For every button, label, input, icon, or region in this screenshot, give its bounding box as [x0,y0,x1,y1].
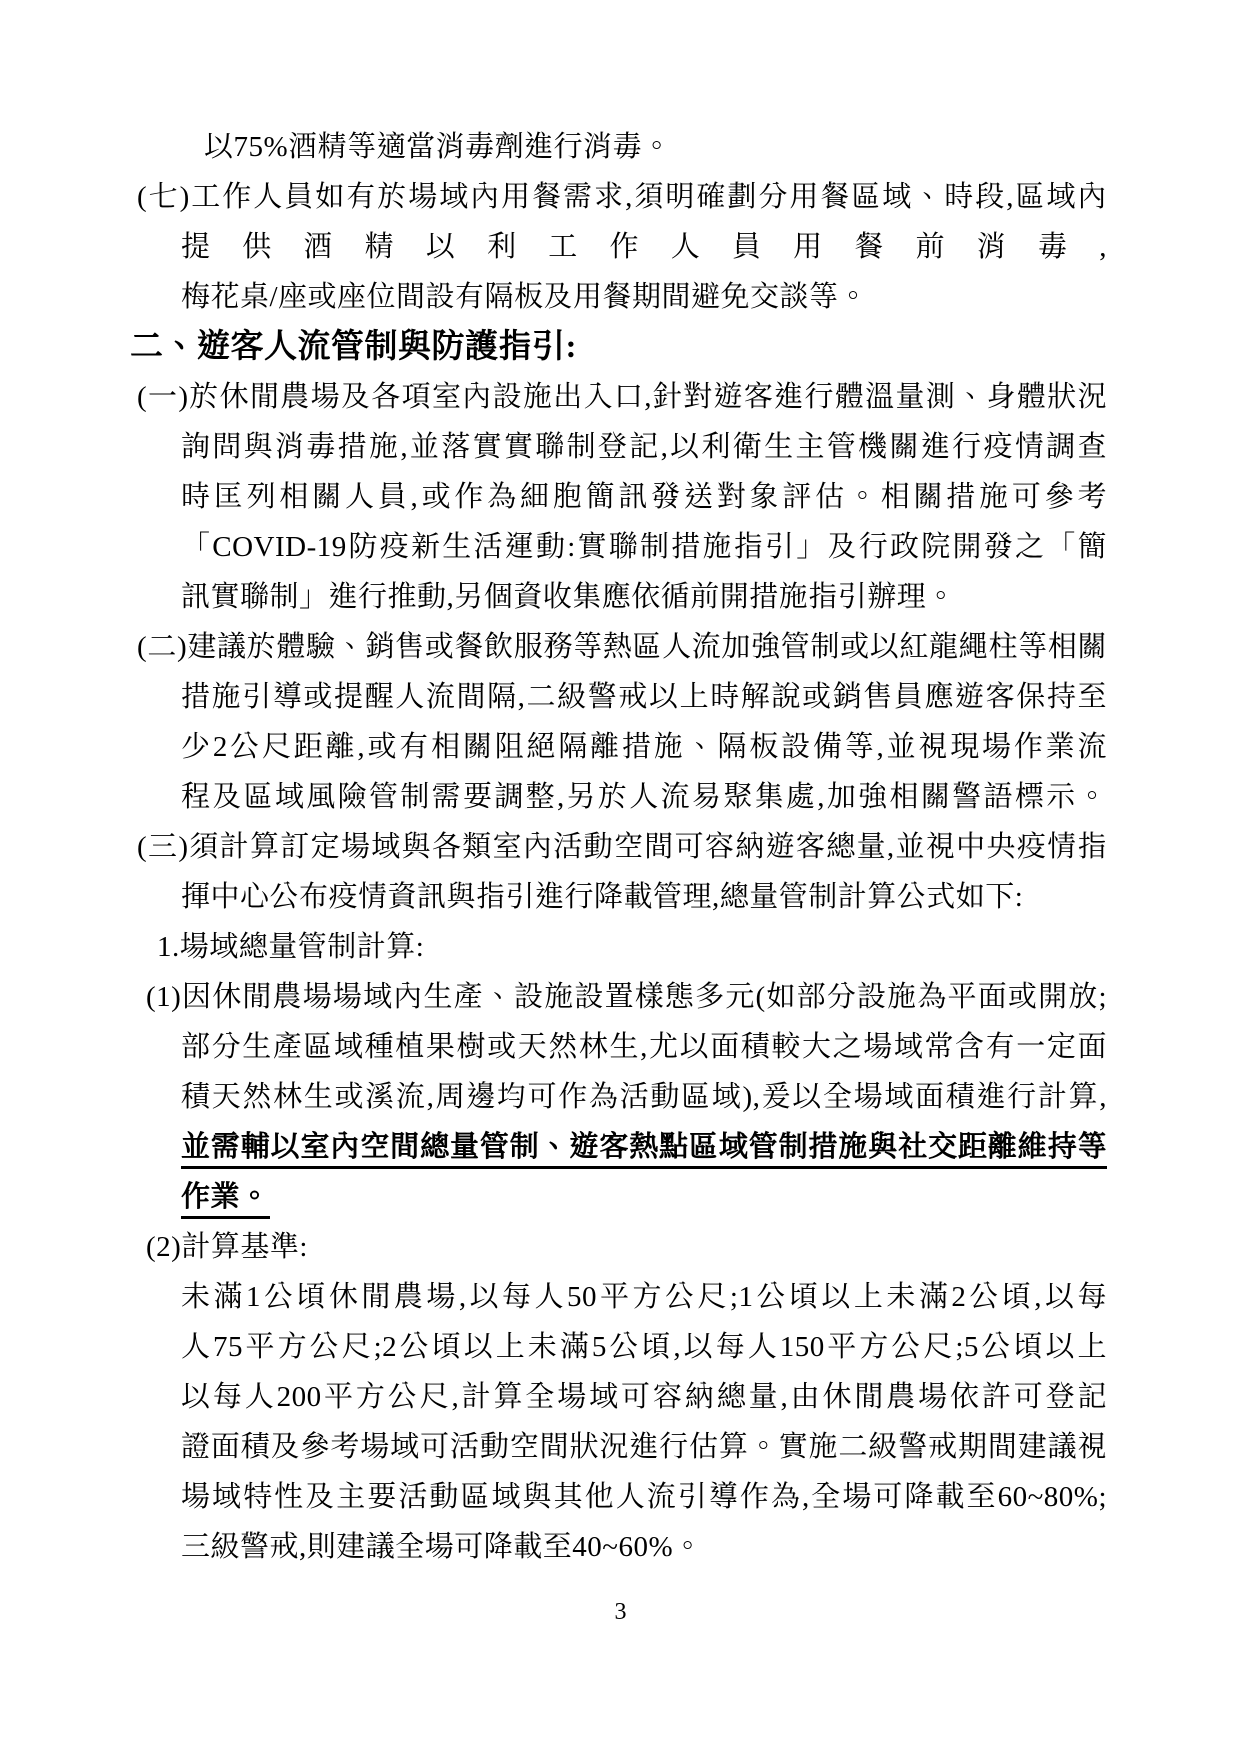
document-line: 積天然林生或溪流,周邊均可作為活動區域),爰以全場域面積進行計算, [181,1072,1107,1122]
line-text: 揮中心公布疫情資訊與指引進行降載管理,總量管制計算公式如下: [181,881,1023,913]
line-text: 程及區域風險管制需要調整,另於人流易聚集處,加強相關警語標示。 [181,781,1107,813]
line-text: 梅花桌/座或座位間設有隔板及用餐期間避免交談等。 [181,281,868,313]
document-line: 1.場域總量管制計算: [157,922,1107,972]
line-text: (二)建議於體驗、銷售或餐飲服務等熱區人流加強管制或以紅龍繩柱等相關 [137,631,1107,663]
document-line: 梅花桌/座或座位間設有隔板及用餐期間避免交談等。 [181,272,1107,322]
line-text: (2)計算基準: [146,1231,308,1263]
document-line: (二)建議於體驗、銷售或餐飲服務等熱區人流加強管制或以紅龍繩柱等相關 [137,622,1107,672]
document-line: 作業。 [181,1172,1107,1222]
document-line: 三級警戒,則建議全場可降載至40~60%。 [181,1522,1107,1572]
document-line: 詢問與消毒措施,並落實實聯制登記,以利衛生主管機關進行疫情調查 [181,422,1107,472]
line-text: 提供酒精以利工作人員用餐前消毒,並建議餐桌可保持1.5公尺以上間距、 [181,231,1107,272]
document-line: (三)須計算訂定場域與各類室內活動空間可容納遊客總量,並視中央疫情指 [137,822,1107,872]
document-line: 並需輔以室內空間總量管制、遊客熱點區域管制措施與社交距離維持等 [181,1122,1107,1172]
line-text: 1.場域總量管制計算: [157,931,424,963]
line-text: 三級警戒,則建議全場可降載至40~60%。 [181,1531,703,1563]
document-line: (2)計算基準: [146,1222,1107,1272]
line-text: 以75%酒精等適當消毒劑進行消毒。 [204,131,672,163]
document-line: 少2公尺距離,或有相關阻絕隔離措施、隔板設備等,並視現場作業流 [181,722,1107,772]
document-line: 部分生產區域種植果樹或天然林生,尤以面積較大之場域常含有一定面 [181,1022,1107,1072]
document-line: 場域特性及主要活動區域與其他人流引導作為,全場可降載至60~80%; [181,1472,1107,1522]
document-line: 人75平方公尺;2公頃以上未滿5公頃,以每人150平方公尺;5公頃以上 [181,1322,1107,1372]
line-text: (三)須計算訂定場域與各類室內活動空間可容納遊客總量,並視中央疫情指 [137,831,1107,863]
document-line: 措施引導或提醒人流間隔,二級警戒以上時解說或銷售員應遊客保持至 [181,672,1107,722]
line-text: 作業。 [181,1181,270,1219]
line-text: 未滿1公頃休閒農場,以每人50平方公尺;1公頃以上未滿2公頃,以每 [181,1281,1107,1313]
section-heading: 二、遊客人流管制與防護指引: [130,322,1107,372]
line-text: (一)於休閒農場及各項室內設施出入口,針對遊客進行體溫量測、身體狀況 [137,381,1107,413]
document-line: 未滿1公頃休閒農場,以每人50平方公尺;1公頃以上未滿2公頃,以每 [181,1272,1107,1322]
line-text: 證面積及參考場域可活動空間狀況進行估算。實施二級警戒期間建議視 [181,1431,1107,1463]
document-line: 「COVID-19防疫新生活運動:實聯制措施指引」及行政院開發之「簡 [181,522,1107,572]
document-line: 時匡列相關人員,或作為細胞簡訊發送對象評估。相關措施可參考 [181,472,1107,522]
line-text: 二、遊客人流管制與防護指引: [130,329,577,365]
line-text: 少2公尺距離,或有相關阻絕隔離措施、隔板設備等,並視現場作業流 [181,731,1107,763]
line-text: 時匡列相關人員,或作為細胞簡訊發送對象評估。相關措施可參考 [181,481,1107,513]
document-page: 以75%酒精等適當消毒劑進行消毒。(七)工作人員如有於場域內用餐需求,須明確劃分… [0,0,1241,1755]
line-text: 人75平方公尺;2公頃以上未滿5公頃,以每人150平方公尺;5公頃以上 [181,1331,1107,1363]
page-number: 3 [0,1597,1241,1627]
document-line: (1)因休閒農場場域內生產、設施設置樣態多元(如部分設施為平面或開放; [146,972,1107,1022]
document-line: 提供酒精以利工作人員用餐前消毒,並建議餐桌可保持1.5公尺以上間距、 [181,222,1107,272]
document-line: 以每人200平方公尺,計算全場域可容納總量,由休閒農場依許可登記 [181,1372,1107,1422]
document-line: 程及區域風險管制需要調整,另於人流易聚集處,加強相關警語標示。 [181,772,1107,822]
line-text: (1)因休閒農場場域內生產、設施設置樣態多元(如部分設施為平面或開放; [146,981,1107,1013]
line-text: 場域特性及主要活動區域與其他人流引導作為,全場可降載至60~80%; [181,1481,1107,1513]
document-line: 以75%酒精等適當消毒劑進行消毒。 [204,122,1107,172]
line-text: 並需輔以室內空間總量管制、遊客熱點區域管制措施與社交距離維持等 [181,1131,1107,1169]
document-line: (一)於休閒農場及各項室內設施出入口,針對遊客進行體溫量測、身體狀況 [137,372,1107,422]
line-text: 訊實聯制」進行推動,另個資收集應依循前開措施指引辦理。 [181,581,956,613]
document-line: 揮中心公布疫情資訊與指引進行降載管理,總量管制計算公式如下: [181,872,1107,922]
document-line: 證面積及參考場域可活動空間狀況進行估算。實施二級警戒期間建議視 [181,1422,1107,1472]
line-text: 措施引導或提醒人流間隔,二級警戒以上時解說或銷售員應遊客保持至 [181,681,1107,713]
document-line: 訊實聯制」進行推動,另個資收集應依循前開措施指引辦理。 [181,572,1107,622]
line-text: 以每人200平方公尺,計算全場域可容納總量,由休閒農場依許可登記 [181,1381,1107,1413]
line-text: 「COVID-19防疫新生活運動:實聯制措施指引」及行政院開發之「簡 [181,531,1107,563]
line-text: (七)工作人員如有於場域內用餐需求,須明確劃分用餐區域、時段,區域內 [137,181,1107,213]
line-text: 部分生產區域種植果樹或天然林生,尤以面積較大之場域常含有一定面 [181,1031,1107,1063]
document-line: (七)工作人員如有於場域內用餐需求,須明確劃分用餐區域、時段,區域內 [137,172,1107,222]
line-text: 詢問與消毒措施,並落實實聯制登記,以利衛生主管機關進行疫情調查 [181,431,1107,463]
line-text: 積天然林生或溪流,周邊均可作為活動區域),爰以全場域面積進行計算, [181,1081,1107,1113]
